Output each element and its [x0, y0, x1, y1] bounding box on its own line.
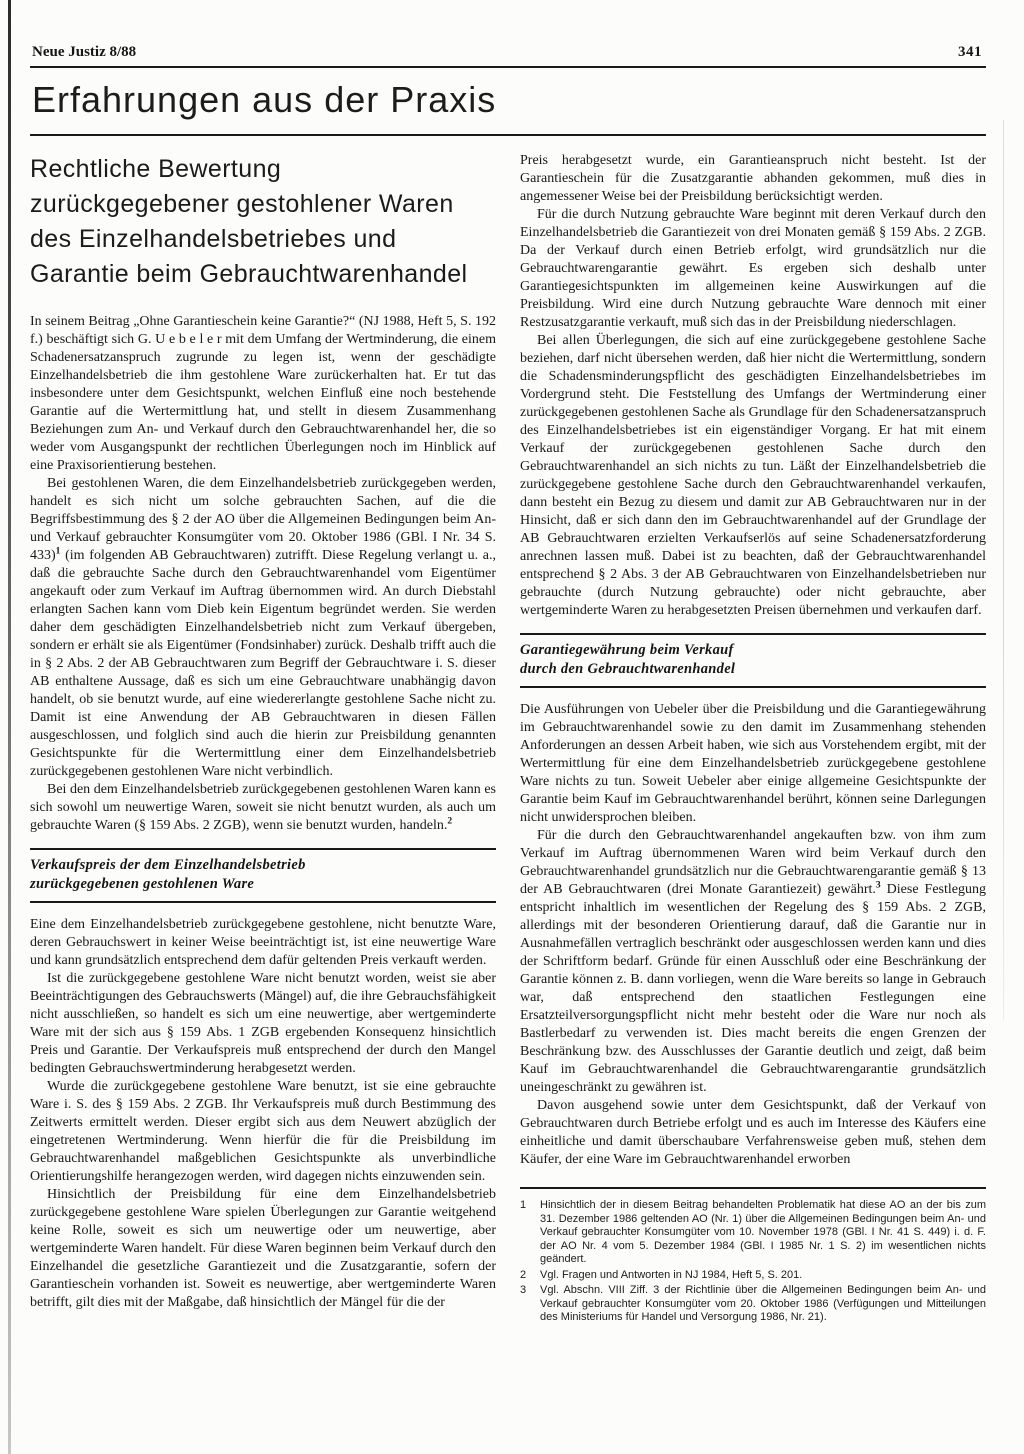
scan-edge-artifact-right [1003, 120, 1004, 1020]
footnote: 1Hinsichtlich der in diesem Beitrag beha… [520, 1199, 986, 1267]
body-paragraph: Ist die zurückgegebene gestohlene Ware n… [30, 970, 496, 1078]
footnote-text: Vgl. Abschn. VIII Ziff. 3 der Richtlinie… [540, 1284, 986, 1325]
left-column: Rechtliche Bewertung zurückgegebener ges… [30, 152, 496, 1327]
right-column-body: Preis herabgesetzt wurde, ein Garantiean… [520, 152, 986, 1169]
article-title-line: Rechtliche Bewertung [30, 152, 496, 187]
article-title-line: Garantie beim Gebrauchtwarenhandel [30, 257, 496, 292]
footnote: 3Vgl. Abschn. VIII Ziff. 3 der Richtlini… [520, 1284, 986, 1325]
article-title: Rechtliche Bewertung zurückgegebener ges… [30, 152, 496, 292]
body-paragraph: Davon ausgehend sowie unter dem Gesichts… [520, 1097, 986, 1169]
footnotes-section: 1Hinsichtlich der in diesem Beitrag beha… [520, 1187, 986, 1325]
footnote: 2Vgl. Fragen und Antworten in NJ 1984, H… [520, 1269, 986, 1283]
body-paragraph: Wurde die zurückgegebene gestohlene Ware… [30, 1078, 496, 1186]
footnote-text: Vgl. Fragen und Antworten in NJ 1984, He… [540, 1269, 986, 1283]
footnote-text: Hinsichtlich der in diesem Beitrag behan… [540, 1199, 986, 1267]
body-paragraph: Für die durch den Gebrauchtwarenhandel a… [520, 827, 986, 1097]
footnote-marker: 1 [56, 546, 61, 556]
body-paragraph: Bei allen Überlegungen, die sich auf ein… [520, 332, 986, 620]
page-number: 341 [958, 44, 982, 61]
article-title-line: zurückgegebener gestohlener Waren [30, 187, 496, 222]
section-heading-line: Garantiegewährung beim Verkauf [520, 641, 986, 660]
section-heading-line: Verkaufspreis der dem Einzelhandelsbetri… [30, 856, 496, 875]
section-heading: Verkaufspreis der dem Einzelhandelsbetri… [30, 848, 496, 903]
body-paragraph: Hinsichtlich der Preisbildung für eine d… [30, 1186, 496, 1312]
footnote-number: 1 [520, 1199, 530, 1267]
right-column: Preis herabgesetzt wurde, ein Garantiean… [520, 152, 986, 1327]
footnote-marker: 2 [447, 816, 452, 826]
body-paragraph: Eine dem Einzelhandelsbetrieb zurückgege… [30, 916, 496, 970]
journal-name: Neue Justiz 8/88 [32, 44, 136, 61]
footnote-number: 3 [520, 1284, 530, 1325]
two-column-layout: Rechtliche Bewertung zurückgegebener ges… [30, 136, 986, 1327]
footnote-number: 2 [520, 1269, 530, 1283]
body-paragraph: Für die durch Nutzung gebrauchte Ware be… [520, 206, 986, 332]
scan-edge-artifact [8, 0, 11, 1454]
section-title: Erfahrungen aus der Praxis [30, 68, 986, 136]
footnote-marker: 3 [876, 880, 881, 890]
body-paragraph: Die Ausführungen von Uebeler über die Pr… [520, 701, 986, 827]
section-heading: Garantiegewährung beim Verkaufdurch den … [520, 633, 986, 688]
journal-page: Neue Justiz 8/88 341 Erfahrungen aus der… [0, 0, 1024, 1454]
article-title-line: des Einzelhandelsbetriebes und [30, 222, 496, 257]
section-heading-line: durch den Gebrauchtwarenhandel [520, 660, 986, 679]
body-paragraph: Preis herabgesetzt wurde, ein Garantiean… [520, 152, 986, 206]
body-paragraph: In seinem Beitrag „Ohne Garantieschein k… [30, 313, 496, 475]
left-column-body: In seinem Beitrag „Ohne Garantieschein k… [30, 313, 496, 1312]
body-paragraph: Bei gestohlenen Waren, die dem Einzelhan… [30, 475, 496, 781]
body-paragraph: Bei den dem Einzelhandelsbetrieb zurückg… [30, 781, 496, 835]
section-heading-line: zurückgegebenen gestohlenen Ware [30, 875, 496, 894]
page-header: Neue Justiz 8/88 341 [30, 44, 986, 68]
